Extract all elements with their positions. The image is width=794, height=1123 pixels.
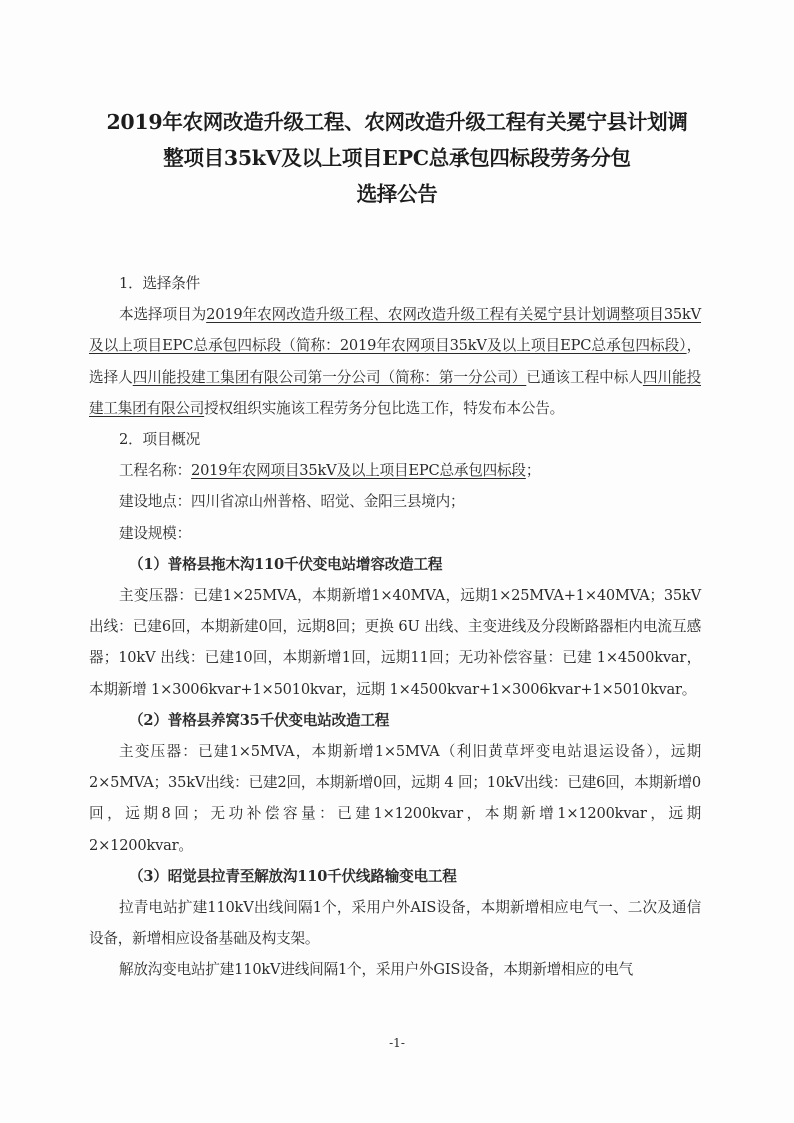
selector-name-underlined: 四川能投建工集团有限公司第一分公司（简称：第一分公司） (133, 369, 527, 386)
label: 工程名称： (119, 462, 191, 479)
title-line-2: 整项目35kV及以上项目EPC总承包四标段劳务分包 (60, 140, 734, 176)
section-2-heading: 2．项目概况 (89, 424, 701, 455)
item-3-title: （3）昭觉县拉青至解放沟110千伏线路输变电工程 (89, 861, 701, 892)
text: 本选择项目为 (119, 306, 206, 323)
section-1-paragraph: 本选择项目为2019年农网改造升级工程、农网改造升级工程有关冕宁县计划调整项目3… (89, 299, 701, 424)
title-line-1: 2019年农网改造升级工程、农网改造升级工程有关冕宁县计划调 (60, 104, 734, 140)
project-name-value: 2019年农网项目35kV及以上项目EPC总承包四标段 (191, 462, 526, 479)
project-name-line: 工程名称：2019年农网项目35kV及以上项目EPC总承包四标段； (89, 455, 701, 486)
item-2-title: （2）普格县养窝35千伏变电站改造工程 (89, 705, 701, 736)
title-line-3: 选择公告 (60, 176, 734, 212)
document-title: 2019年农网改造升级工程、农网改造升级工程有关冕宁县计划调 整项目35kV及以… (60, 104, 734, 212)
document-body: 1．选择条件 本选择项目为2019年农网改造升级工程、农网改造升级工程有关冕宁县… (89, 268, 701, 986)
item-3-paragraph-1: 拉青电站扩建110kV出线间隔1个，采用户外AIS设备，本期新增相应电气一、二次… (89, 892, 701, 954)
text: 已通该工程中标人 (526, 369, 643, 386)
section-1-heading: 1．选择条件 (89, 268, 701, 299)
page-number: -1- (0, 1036, 794, 1050)
item-2-paragraph: 主变压器：已建1×5MVA，本期新增1×5MVA（利旧黄草坪变电站退运设备），远… (89, 736, 701, 861)
item-1-paragraph: 主变压器：已建1×25MVA，本期新增1×40MVA，远期1×25MVA+1×4… (89, 580, 701, 705)
location-line: 建设地点：四川省凉山州普格、昭觉、金阳三县境内； (89, 486, 701, 517)
text: 授权组织实施该工程劳务分包比选工作，特发布本公告。 (204, 400, 564, 417)
item-3-paragraph-2: 解放沟变电站扩建110kV进线间隔1个，采用户外GIS设备，本期新增相应的电气 (89, 954, 701, 985)
text: ； (526, 462, 540, 479)
scale-line: 建设规模： (89, 518, 701, 549)
item-1-title: （1）普格县拖木沟110千伏变电站增容改造工程 (89, 549, 701, 580)
